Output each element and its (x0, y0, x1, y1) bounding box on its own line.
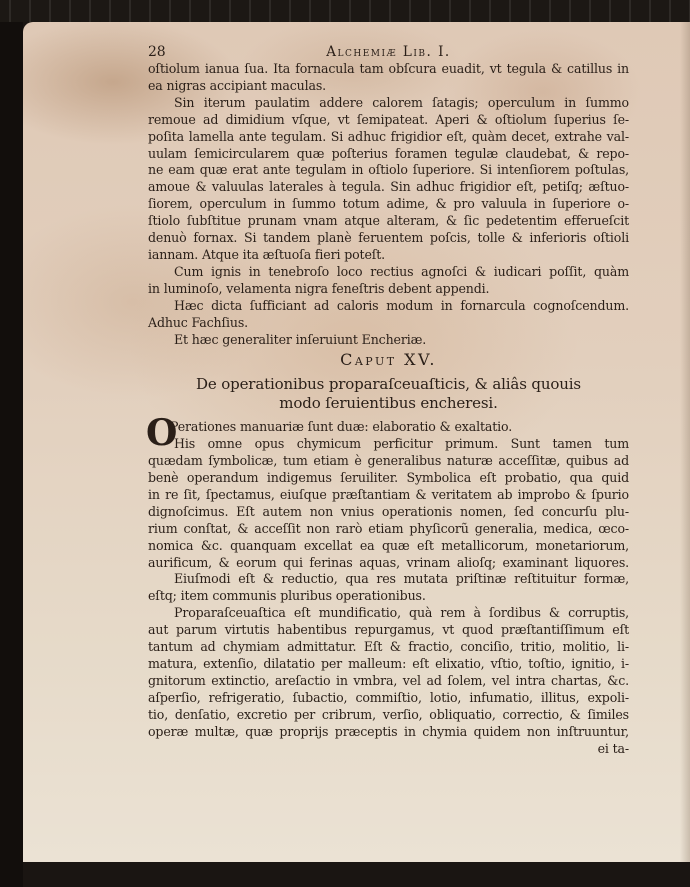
text-line: iannam. Atque ita æſtuoſa fieri poteſt. (148, 247, 629, 264)
paragraph: Sin iterum paulatim addere calorem ſatag… (148, 95, 629, 264)
text-line: Eiuſmodi eſt & reductio, qua res mutata … (148, 571, 629, 588)
text-line: Cum ignis in tenebroſo loco rectius agno… (148, 264, 629, 281)
paragraph: His omne opus chymicum perficitur primum… (148, 436, 629, 571)
paragraph: Proparaſceuaſtica eſt mundificatio, quà … (148, 605, 629, 740)
text-line: ne eam quæ erat ante tegulam in oſtiolo … (148, 162, 629, 179)
text-line: in re ſit, ſpectamus, eiuſque præſtantia… (148, 487, 629, 504)
chapter-title: De operationibus proparaſceuaſticis, & a… (148, 375, 629, 413)
text-line: rium conſtat, & acceſſit non rarò etiam … (148, 521, 629, 538)
book-binding-edge (0, 0, 690, 22)
text-line: ſtiolo ſubſtitue prunam vnam atque alter… (148, 213, 629, 230)
running-title: Alchemiæ Lib. I. (148, 44, 629, 61)
text-line: in luminoſo, velamenta nigra feneſtris d… (148, 281, 629, 298)
paragraph: Cum ignis in tenebroſo loco rectius agno… (148, 264, 629, 298)
text-line: remoue ad dimidium vſque, vt ſemipateat.… (148, 112, 629, 129)
text-line: uulam ſemicircularem quæ poſterius foram… (148, 146, 629, 163)
text-line: tantum ad chymiam admittatur. Eſt & frac… (148, 639, 629, 656)
text-line: ſiorem, operculum in ſummo totum adime, … (148, 196, 629, 213)
text-line: nomica &c. quanquam excellat ea quæ eſt … (148, 538, 629, 555)
text-line: aſperſio, refrigeratio, ſubactio, commiſ… (148, 690, 629, 707)
text-line: matura, extenſio, dilatatio per malleum:… (148, 656, 629, 673)
text-line: quædam ſymbolicæ, tum etiam è generalibu… (148, 453, 629, 470)
text-line: Et hæc generaliter inſeruiunt Encheriæ. (148, 332, 629, 349)
text-line: dignoſcimus. Eſt autem non vnius operati… (148, 504, 629, 521)
chapter-heading: Caput XV. (148, 352, 629, 369)
text-line: Proparaſceuaſtica eſt mundificatio, quà … (148, 605, 629, 622)
chapter-title-line: De operationibus proparaſceuaſticis, & a… (148, 375, 629, 394)
text-line: eſtq; item communis pluribus operationib… (148, 588, 629, 605)
paragraph: O Perationes manuariæ ſunt duæ: elaborat… (148, 419, 629, 436)
text-line: ea nigras accipiant maculas. (148, 78, 629, 95)
text-line: poſita lamella ante tegulam. Si adhuc fr… (148, 129, 629, 146)
text-line: Perationes manuariæ ſunt duæ: elaboratio… (148, 419, 629, 436)
paragraph: oſtiolum ianua ſua. Ita fornacula tam ob… (148, 61, 629, 95)
drop-cap: O (146, 415, 177, 451)
text-line: oſtiolum ianua ſua. Ita fornacula tam ob… (148, 61, 629, 78)
text-line: His omne opus chymicum perficitur primum… (148, 436, 629, 453)
page-text-block: 28 Alchemiæ Lib. I. oſtiolum ianua ſua. … (148, 44, 629, 757)
text-line: aut parum virtutis habentibus repurgamus… (148, 622, 629, 639)
paragraph: Eiuſmodi eſt & reductio, qua res mutata … (148, 571, 629, 605)
paragraph: Hæc dicta ſufficiant ad caloris modum in… (148, 298, 629, 332)
text-line: aurificum, & eorum qui ferinas aquas, vr… (148, 555, 629, 572)
running-head: 28 Alchemiæ Lib. I. (148, 44, 629, 61)
catchword: ei ta- (148, 741, 629, 758)
page-gutter-shadow (680, 22, 690, 862)
chapter-title-line: modo ſeruientibus encheresi. (148, 394, 629, 413)
paragraph: Et hæc generaliter inſeruiunt Encheriæ. (148, 332, 629, 349)
text-line: tio, denſatio, excretio per cribrum, ver… (148, 707, 629, 724)
text-line: operæ multæ, quæ proprijs præceptis in c… (148, 724, 629, 741)
scanner-left-edge (0, 0, 23, 887)
text-line: Sin iterum paulatim addere calorem ſatag… (148, 95, 629, 112)
text-line: Hæc dicta ſufficiant ad caloris modum in… (148, 298, 629, 315)
text-line: Adhuc Fachſius. (148, 315, 629, 332)
text-line: denuò fornax. Si tandem planè feruentem … (148, 230, 629, 247)
text-line: gnitorum extinctio, areſactio in vmbra, … (148, 673, 629, 690)
text-line: benè operandum indigemus ſeruiliter. Sym… (148, 470, 629, 487)
text-line: amoue & valuulas laterales à tegula. Sin… (148, 179, 629, 196)
